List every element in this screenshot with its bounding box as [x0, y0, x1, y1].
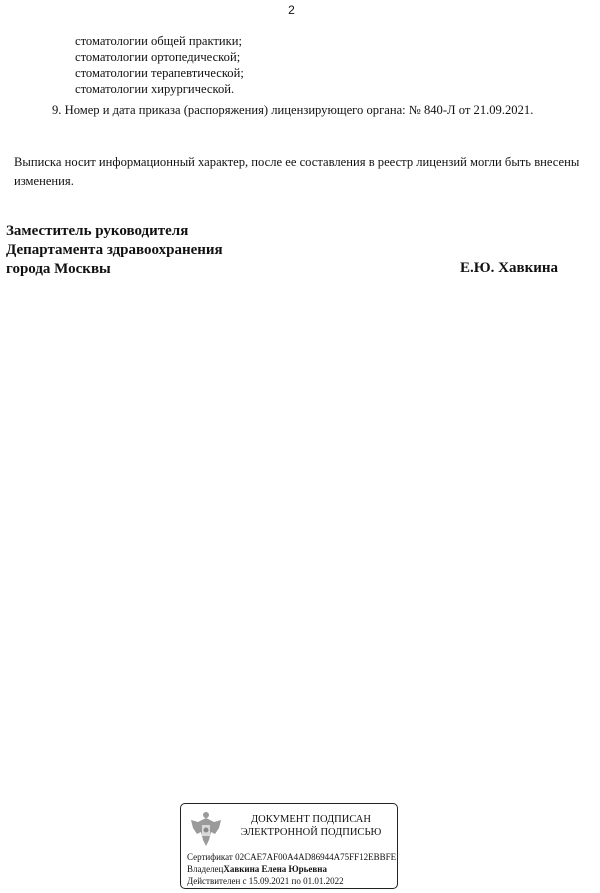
validity-line: Действителен с 15.09.2021 по 01.01.2022	[187, 876, 344, 886]
coat-of-arms-icon	[189, 810, 223, 848]
list-item: стоматологии общей практики;	[75, 33, 244, 49]
position-line: города Москвы	[6, 260, 223, 279]
e-signature-stamp: ДОКУМЕНТ ПОДПИСАН ЭЛЕКТРОННОЙ ПОДПИСЬЮ С…	[180, 803, 398, 889]
stamp-title: ДОКУМЕНТ ПОДПИСАН ЭЛЕКТРОННОЙ ПОДПИСЬЮ	[227, 813, 395, 839]
position-line: Заместитель руководителя	[6, 222, 223, 241]
page-number: 2	[0, 3, 583, 17]
list-item: стоматологии терапевтической;	[75, 65, 244, 81]
info-note: Выписка носит информационный характер, п…	[14, 153, 584, 191]
certificate-line: Сертификат 02CAE7AF00A4AD86944A75FF12EBB…	[187, 852, 396, 862]
position-line: Департамента здравоохранения	[6, 241, 223, 260]
order-number-item: 9. Номер и дата приказа (распоряжения) л…	[52, 103, 533, 118]
list-item: стоматологии ортопедической;	[75, 49, 244, 65]
signatory-name: Е.Ю. Хавкина	[460, 260, 558, 277]
specialty-list: стоматологии общей практики; стоматологи…	[75, 33, 244, 97]
list-item: стоматологии хирургической.	[75, 81, 244, 97]
signatory-position: Заместитель руководителя Департамента зд…	[6, 222, 223, 279]
owner-line: ВладелецХавкина Елена Юрьевна	[187, 864, 327, 874]
